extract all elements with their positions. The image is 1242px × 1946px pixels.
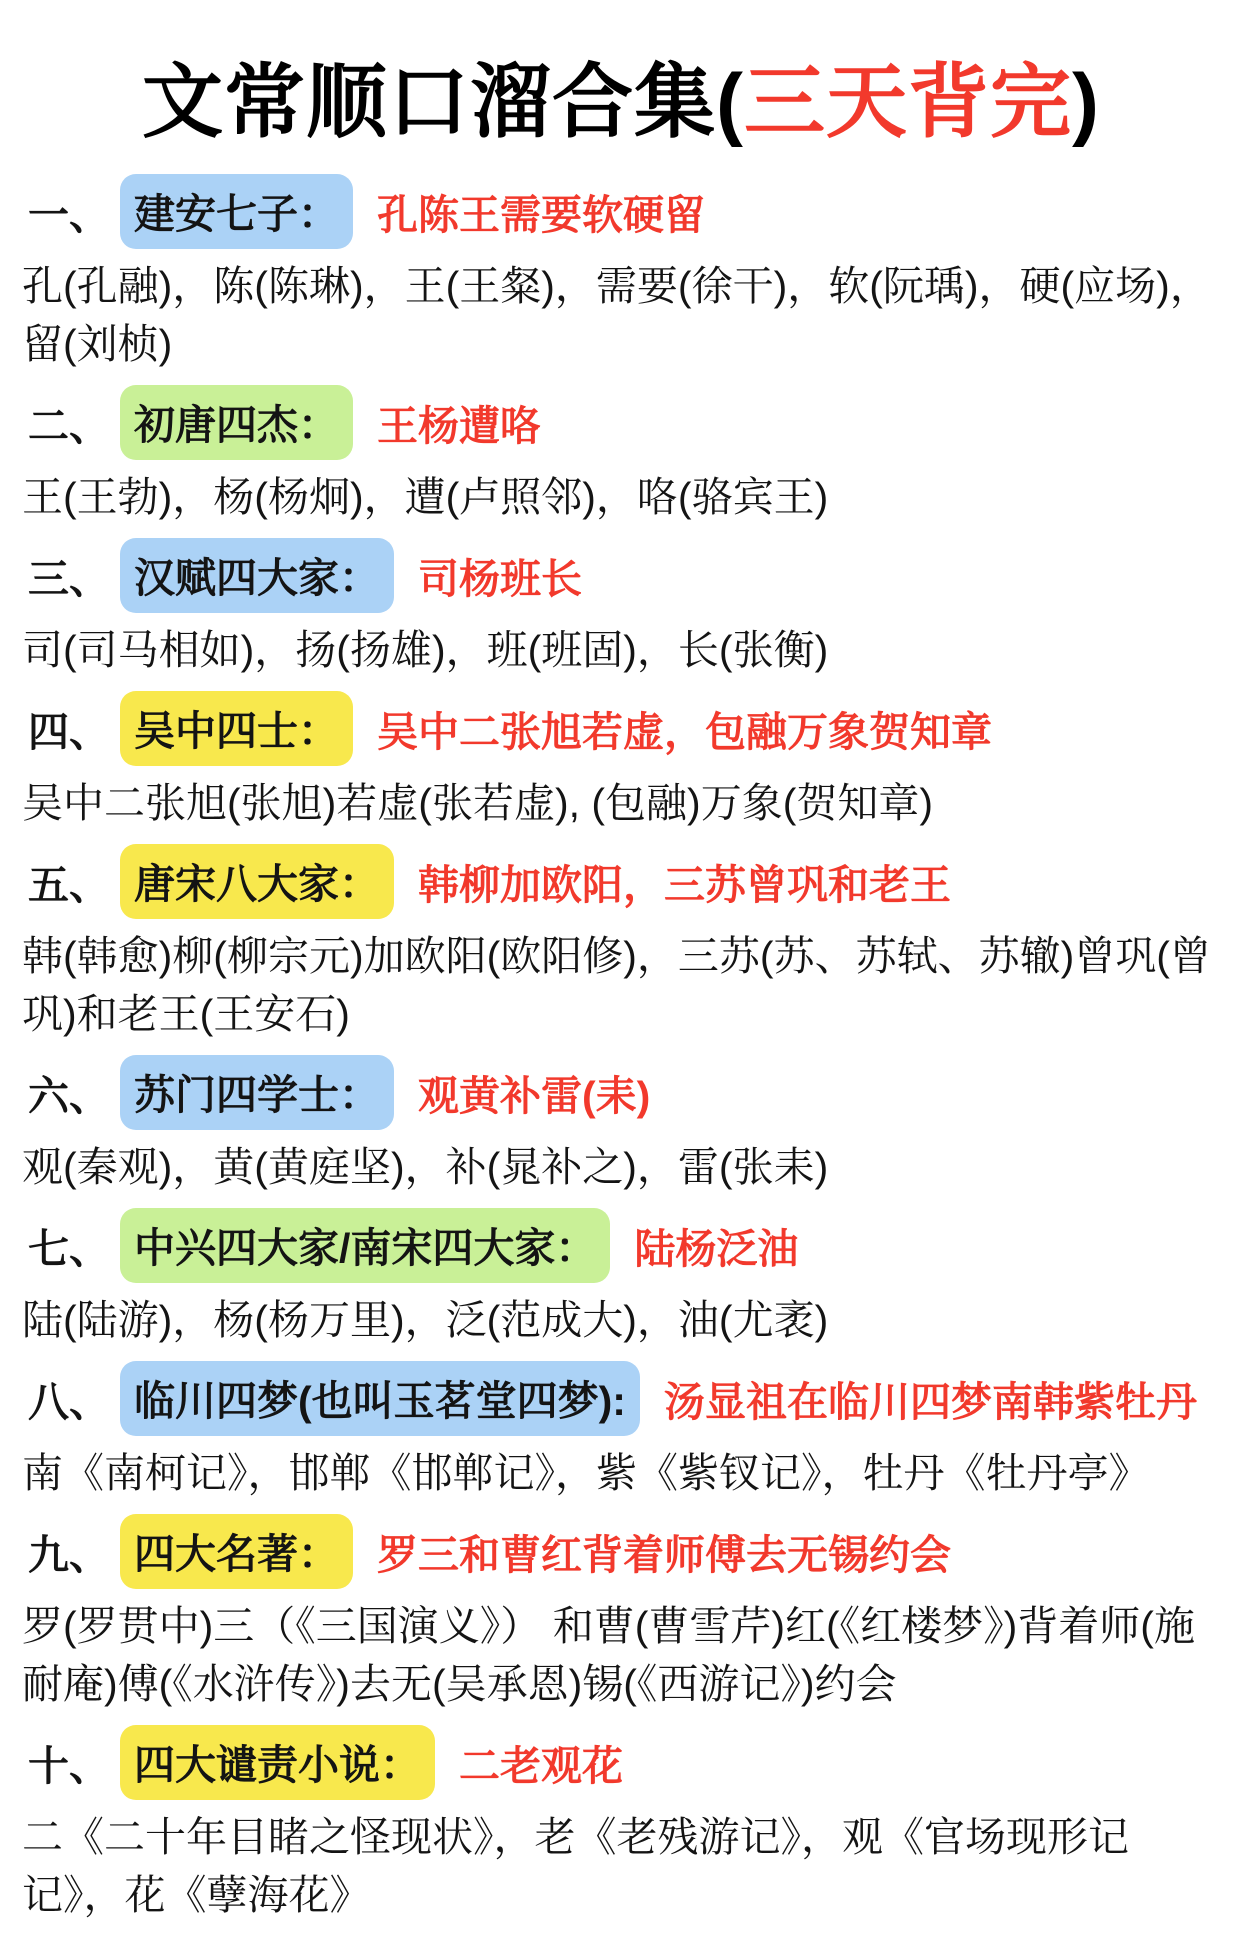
term-highlight: 苏门四学士： [120, 1055, 394, 1130]
mnemonic-text: 二老观花 [459, 1733, 623, 1792]
item-number: 七、 [28, 1216, 110, 1275]
term-highlight: 吴中四士： [120, 691, 353, 766]
item-number: 五、 [28, 852, 110, 911]
item-explanation: 陆(陆游)，杨(杨万里)，泛(范成大)，油(尤袤) [22, 1291, 1218, 1349]
item-explanation: 王(王勃)，杨(杨炯)，遭(卢照邻)，咯(骆宾王) [22, 468, 1218, 526]
term-highlight: 汉赋四大家： [120, 538, 394, 613]
page-title: 文常顺口溜合集(三天背完) [10, 38, 1232, 154]
item-header: 一、 建安七子： 孔陈王需要软硬留 [22, 174, 1218, 249]
item-number: 十、 [28, 1733, 110, 1792]
list-item: 六、 苏门四学士： 观黄补雷(耒) 观(秦观)，黄(黄庭坚)，补(晁补之)，雷(… [22, 1055, 1218, 1196]
mnemonic-text: 孔陈王需要软硬留 [377, 182, 705, 241]
item-number: 三、 [28, 546, 110, 605]
term-highlight: 中兴四大家/南宋四大家： [120, 1208, 610, 1283]
item-explanation: 孔(孔融)，陈(陈琳)，王(王粲)，需要(徐干)，软(阮瑀)，硬(应场)，留(刘… [22, 257, 1218, 373]
term-highlight: 建安七子： [120, 174, 353, 249]
title-highlight: 三天背完 [744, 58, 1072, 148]
mnemonic-text: 韩柳加欧阳，三苏曾巩和老王 [418, 852, 951, 911]
list-item: 五、 唐宋八大家： 韩柳加欧阳，三苏曾巩和老王 韩(韩愈)柳(柳宗元)加欧阳(欧… [22, 844, 1218, 1043]
item-header: 七、 中兴四大家/南宋四大家： 陆杨泛油 [22, 1208, 1218, 1283]
item-number: 九、 [28, 1522, 110, 1581]
term-highlight: 四大名著： [120, 1514, 353, 1589]
term-highlight: 四大谴责小说： [120, 1725, 435, 1800]
item-explanation: 司(司马相如)，扬(扬雄)，班(班固)，长(张衡) [22, 621, 1218, 679]
item-header: 十、 四大谴责小说： 二老观花 [22, 1725, 1218, 1800]
mnemonic-text: 罗三和曹红背着师傅去无锡约会 [377, 1522, 951, 1581]
item-number: 二、 [28, 393, 110, 452]
item-explanation: 南《南柯记》，邯郸《邯郸记》，紫《紫钗记》，牡丹《牡丹亭》 [22, 1444, 1218, 1502]
mnemonic-text: 司杨班长 [418, 546, 582, 605]
mnemonic-text: 观黄补雷(耒) [418, 1063, 650, 1122]
item-explanation: 观(秦观)，黄(黄庭坚)，补(晁补之)，雷(张耒) [22, 1138, 1218, 1196]
title-prefix: 文常顺口溜合集( [142, 58, 744, 148]
item-header: 三、 汉赋四大家： 司杨班长 [22, 538, 1218, 613]
list-item: 七、 中兴四大家/南宋四大家： 陆杨泛油 陆(陆游)，杨(杨万里)，泛(范成大)… [22, 1208, 1218, 1349]
list-item: 三、 汉赋四大家： 司杨班长 司(司马相如)，扬(扬雄)，班(班固)，长(张衡) [22, 538, 1218, 679]
term-highlight: 唐宋八大家： [120, 844, 394, 919]
term-highlight: 初唐四杰： [120, 385, 353, 460]
item-explanation: 二《二十年目睹之怪现状》，老《老残游记》，观《官场现形记记》，花《孽海花》 [22, 1808, 1218, 1924]
list-item: 二、 初唐四杰： 王杨遭咯 王(王勃)，杨(杨炯)，遭(卢照邻)，咯(骆宾王) [22, 385, 1218, 526]
list-item: 十、 四大谴责小说： 二老观花 二《二十年目睹之怪现状》，老《老残游记》，观《官… [22, 1725, 1218, 1924]
term-highlight: 临川四梦(也叫玉茗堂四梦): [120, 1361, 640, 1436]
list-item: 八、 临川四梦(也叫玉茗堂四梦): 汤显祖在临川四梦南韩紫牡丹 南《南柯记》，邯… [22, 1361, 1218, 1502]
item-header: 四、 吴中四士： 吴中二张旭若虚，包融万象贺知章 [22, 691, 1218, 766]
item-header: 八、 临川四梦(也叫玉茗堂四梦): 汤显祖在临川四梦南韩紫牡丹 [22, 1361, 1218, 1436]
item-header: 九、 四大名著： 罗三和曹红背着师傅去无锡约会 [22, 1514, 1218, 1589]
item-explanation: 罗(罗贯中)三（《三国演义》） 和曹(曹雪芹)红(《红楼梦》)背着师(施耐庵)傅… [22, 1597, 1218, 1713]
mnemonic-text: 吴中二张旭若虚，包融万象贺知章 [377, 699, 992, 758]
title-suffix: ) [1072, 58, 1100, 148]
item-number: 一、 [28, 182, 110, 241]
item-header: 二、 初唐四杰： 王杨遭咯 [22, 385, 1218, 460]
list-item: 一、 建安七子： 孔陈王需要软硬留 孔(孔融)，陈(陈琳)，王(王粲)，需要(徐… [22, 174, 1218, 373]
mnemonic-text: 王杨遭咯 [377, 393, 541, 452]
mnemonic-text: 陆杨泛油 [634, 1216, 798, 1275]
item-header: 六、 苏门四学士： 观黄补雷(耒) [22, 1055, 1218, 1130]
item-explanation: 吴中二张旭(张旭)若虚(张若虚), (包融)万象(贺知章) [22, 774, 1218, 832]
item-explanation: 韩(韩愈)柳(柳宗元)加欧阳(欧阳修)，三苏(苏、苏轼、苏辙)曾巩(曾巩)和老王… [22, 927, 1218, 1043]
list-item: 四、 吴中四士： 吴中二张旭若虚，包融万象贺知章 吴中二张旭(张旭)若虚(张若虚… [22, 691, 1218, 832]
item-number: 四、 [28, 699, 110, 758]
mnemonic-text: 汤显祖在临川四梦南韩紫牡丹 [664, 1369, 1197, 1428]
list-item: 九、 四大名著： 罗三和曹红背着师傅去无锡约会 罗(罗贯中)三（《三国演义》） … [22, 1514, 1218, 1713]
item-number: 八、 [28, 1369, 110, 1428]
mnemonic-list: 一、 建安七子： 孔陈王需要软硬留 孔(孔融)，陈(陈琳)，王(王粲)，需要(徐… [0, 174, 1242, 1946]
item-header: 五、 唐宋八大家： 韩柳加欧阳，三苏曾巩和老王 [22, 844, 1218, 919]
item-number: 六、 [28, 1063, 110, 1122]
